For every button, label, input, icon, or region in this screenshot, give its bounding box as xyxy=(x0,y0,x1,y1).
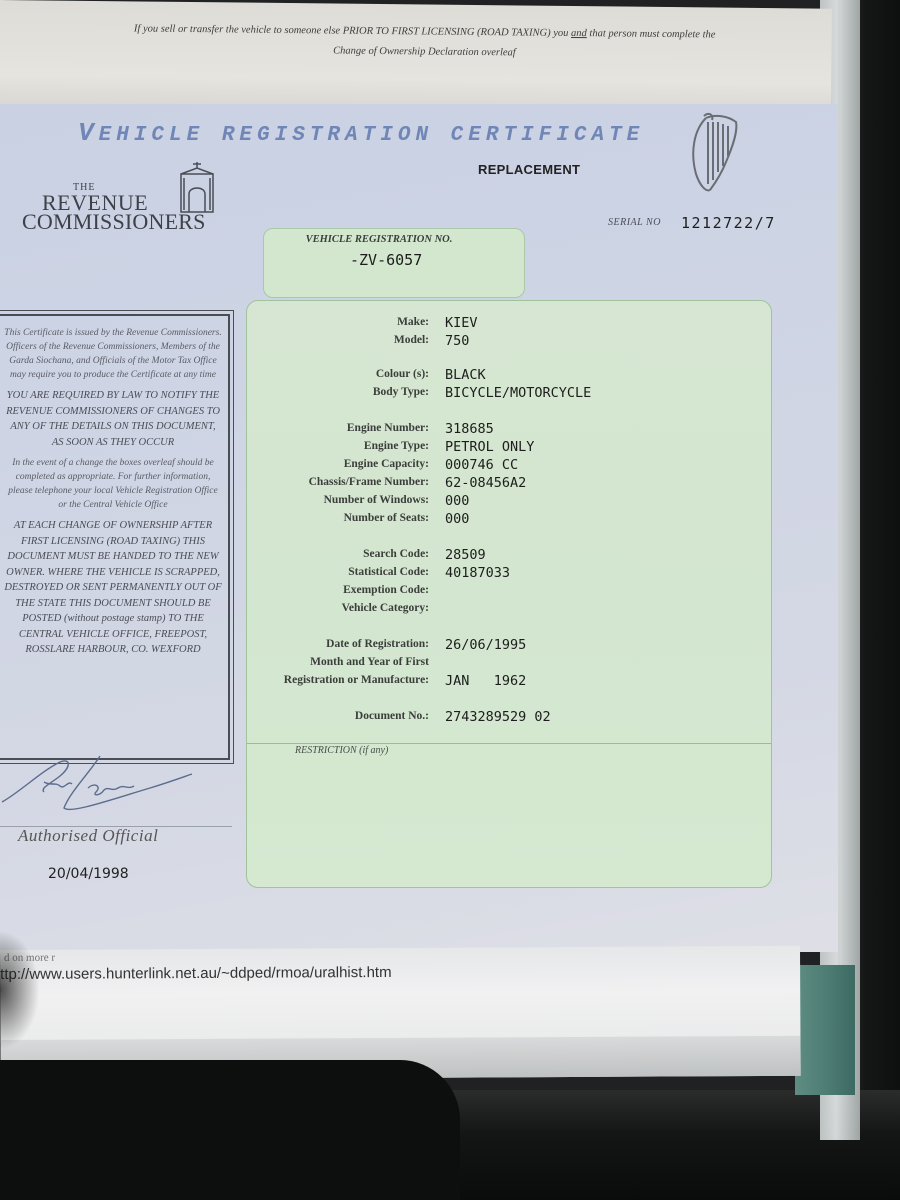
title-initial: V xyxy=(78,118,99,148)
transfer-notice-text: If you sell or transfer the vehicle to s… xyxy=(134,23,569,39)
detail-label: Body Type: xyxy=(373,386,429,398)
serial-number-label: SERIAL NO xyxy=(608,217,661,228)
detail-label: Engine Number: xyxy=(347,422,429,434)
restriction-divider xyxy=(247,743,771,744)
detail-value: 62-08456A2 xyxy=(445,475,526,491)
notice-produce-certificate: This Certificate is issued by the Revenu… xyxy=(4,326,222,382)
detail-label: Model: xyxy=(394,334,429,346)
detail-label: Engine Type: xyxy=(364,440,429,452)
detail-label: Colour (s): xyxy=(376,368,429,380)
detail-row: Engine Type:PETROL ONLY xyxy=(247,439,772,457)
detail-value: 000746 CC xyxy=(445,457,518,473)
detail-value: 26/06/1995 xyxy=(445,637,526,653)
notice-required-by-law: YOU ARE REQUIRED BY LAW TO NOTIFY THE RE… xyxy=(4,388,222,450)
detail-value: 28509 xyxy=(445,547,486,563)
detail-label: Vehicle Category: xyxy=(342,602,429,614)
detail-row: Vehicle Category: xyxy=(247,601,772,619)
authorised-official-label: Authorised Official xyxy=(18,826,158,846)
detail-value: JAN 1962 xyxy=(445,673,526,689)
detail-label: Make: xyxy=(397,316,429,328)
detail-value: 40187033 xyxy=(445,565,510,581)
detail-label: Number of Seats: xyxy=(344,512,429,524)
certificate-title: VEHICLE REGISTRATION CERTIFICATE xyxy=(78,118,644,148)
previous-page-strip: If you sell or transfer the vehicle to s… xyxy=(0,0,832,117)
vehicle-registration-certificate: VEHICLE REGISTRATION CERTIFICATE REPLACE… xyxy=(0,104,838,952)
detail-label: Document No.: xyxy=(355,710,429,722)
legal-notice-box: This Certificate is issued by the Revenu… xyxy=(0,314,230,760)
printed-url: ttp://www.users.hunterlink.net.au/~ddped… xyxy=(0,964,392,983)
detail-row: Date of Registration:26/06/1995 xyxy=(247,637,772,655)
detail-row: Number of Windows:000 xyxy=(247,493,772,511)
detail-label: Registration or Manufacture: xyxy=(284,674,429,686)
detail-row: Number of Seats:000 xyxy=(247,511,772,529)
notice-change-of-ownership: AT EACH CHANGE OF OWNERSHIP AFTER FIRST … xyxy=(4,518,222,658)
detail-row: Statistical Code:40187033 xyxy=(247,565,772,583)
detail-value: 000 xyxy=(445,493,469,509)
detail-row: Colour (s):BLACK xyxy=(247,367,772,385)
detail-row: Exemption Code: xyxy=(247,583,772,601)
detail-value: 750 xyxy=(445,333,469,349)
detail-row: Body Type:BICYCLE/MOTORCYCLE xyxy=(247,385,772,403)
detail-row: Model:750 xyxy=(247,333,772,351)
detail-value: PETROL ONLY xyxy=(445,439,534,455)
transfer-notice-emphasis: and xyxy=(571,28,587,39)
detail-label: Month and Year of First xyxy=(310,656,429,668)
vehicle-details-panel: RESTRICTION (if any) Make:KIEVModel:750C… xyxy=(246,300,772,888)
detail-row: Document No.:2743289529 02 xyxy=(247,709,772,727)
foreground-shadow xyxy=(0,1060,460,1200)
detail-label: Engine Capacity: xyxy=(344,458,429,470)
detail-row: Make:KIEV xyxy=(247,315,772,333)
detail-row: Registration or Manufacture:JAN 1962 xyxy=(247,673,772,691)
title-text: EHICLE REGISTRATION CERTIFICATE xyxy=(99,124,645,147)
detail-row: Engine Number:318685 xyxy=(247,421,772,439)
detail-value: 000 xyxy=(445,511,469,527)
registration-number-label: VEHICLE REGISTRATION NO. xyxy=(264,234,524,245)
detail-row: Month and Year of First xyxy=(247,655,772,673)
irish-harp-icon xyxy=(686,112,742,196)
detail-row: Chassis/Frame Number:62-08456A2 xyxy=(247,475,772,493)
detail-value: 2743289529 02 xyxy=(445,709,551,725)
signature-icon xyxy=(0,752,210,822)
detail-value: 318685 xyxy=(445,421,494,437)
custom-house-arch-icon xyxy=(178,162,216,214)
transfer-notice-text-end: that person must complete the xyxy=(589,28,715,40)
detail-row: Search Code:28509 xyxy=(247,547,772,565)
detail-label: Number of Windows: xyxy=(324,494,429,506)
detail-label: Exemption Code: xyxy=(343,584,429,596)
detail-label: Chassis/Frame Number: xyxy=(309,476,429,488)
serial-number-value: 1212722/7 xyxy=(681,214,776,232)
detail-label: Search Code: xyxy=(363,548,429,560)
replacement-status: REPLACEMENT xyxy=(478,162,580,177)
registration-number-value: -ZV-6057 xyxy=(350,251,422,269)
notice-change-details: In the event of a change the boxes overl… xyxy=(4,456,222,512)
revenue-commissioners-logo: THE REVENUE COMMISSIONERS xyxy=(18,162,218,242)
detail-value: BICYCLE/MOTORCYCLE xyxy=(445,385,591,401)
detail-value: KIEV xyxy=(445,315,478,331)
issue-date: 20/04/1998 xyxy=(48,866,129,882)
registration-number-panel: VEHICLE REGISTRATION NO. -ZV-6057 xyxy=(263,228,525,298)
restriction-label: RESTRICTION (if any) xyxy=(295,745,388,756)
finger-shadow xyxy=(0,930,40,1050)
transfer-notice: If you sell or transfer the vehicle to s… xyxy=(79,19,769,66)
detail-row: Engine Capacity:000746 CC xyxy=(247,457,772,475)
sleeve-binding-strip xyxy=(795,965,855,1095)
detail-label: Date of Registration: xyxy=(326,638,429,650)
detail-label: Statistical Code: xyxy=(348,566,429,578)
detail-value: BLACK xyxy=(445,367,486,383)
